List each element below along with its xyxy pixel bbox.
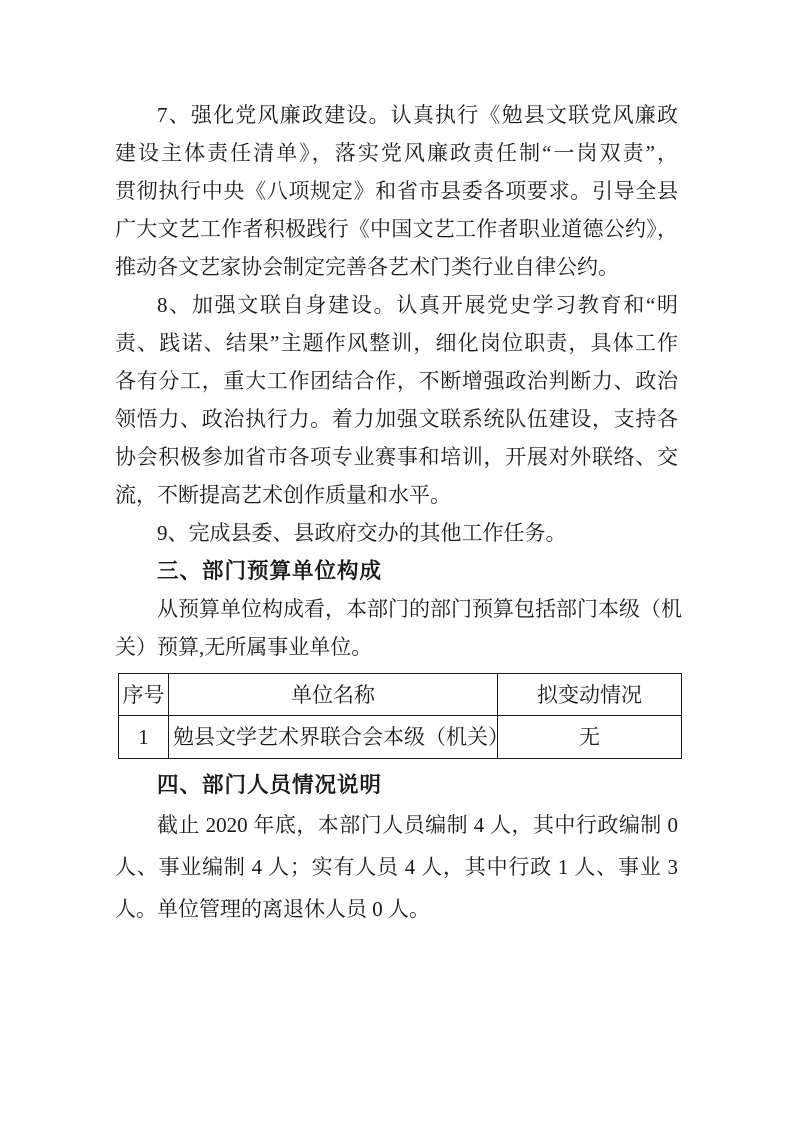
body-line: 各有分工，重大工作团结合作，不断增强政治判断力、政治: [115, 362, 678, 400]
body-line: 推动各文艺家协会制定完善各艺术门类行业自律公约。: [115, 248, 678, 286]
paragraph-budget-composition: 从预算单位构成看，本部门的部门预算包括部门本级（机 关）预算,无所属事业单位。: [115, 590, 678, 666]
body-line: 贯彻执行中央《八项规定》和省市县委各项要求。引导全县: [115, 172, 678, 210]
table-cell-change: 无: [498, 716, 682, 759]
paragraph-8: 8、加强文联自身建设。认真开展党史学习教育和“明 责、践诺、结果”主题作风整训，…: [115, 286, 678, 514]
body-line: 广大文艺工作者积极践行《中国文艺工作者职业道德公约》，: [115, 210, 678, 248]
body-line: 关）预算,无所属事业单位。: [115, 628, 678, 666]
paragraph-personnel: 截止 2020 年底，本部门人员编制 4 人，其中行政编制 0 人、事业编制 4…: [115, 804, 678, 930]
paragraph-9: 9、完成县委、县政府交办的其他工作任务。: [115, 514, 678, 552]
paragraph-7: 7、强化党风廉政建设。认真执行《勉县文联党风廉政 建设主体责任清单》，落实党风廉…: [115, 96, 678, 286]
table-row: 1 勉县文学艺术界联合会本级（机关） 无: [119, 716, 682, 759]
document-page: 7、强化党风廉政建设。认真执行《勉县文联党风廉政 建设主体责任清单》，落实党风廉…: [0, 0, 793, 1122]
body-line: 责、践诺、结果”主题作风整训，细化岗位职责，具体工作: [115, 324, 678, 362]
budget-unit-table: 序号 单位名称 拟变动情况 1 勉县文学艺术界联合会本级（机关） 无: [118, 673, 682, 759]
body-line: 7、强化党风廉政建设。认真执行《勉县文联党风廉政: [115, 96, 678, 134]
body-line: 从预算单位构成看，本部门的部门预算包括部门本级（机: [115, 590, 678, 628]
table-header-serial: 序号: [119, 674, 169, 716]
body-line: 流，不断提高艺术创作质量和水平。: [115, 476, 678, 514]
table-cell-unit-name: 勉县文学艺术界联合会本级（机关）: [169, 716, 498, 759]
body-line: 领悟力、政治执行力。着力加强文联系统队伍建设，支持各: [115, 400, 678, 438]
body-line: 协会积极参加省市各项专业赛事和培训，开展对外联络、交: [115, 438, 678, 476]
body-line: 人。单位管理的离退休人员 0 人。: [115, 888, 678, 930]
body-line: 截止 2020 年底，本部门人员编制 4 人，其中行政编制 0: [115, 804, 678, 846]
table-header-row: 序号 单位名称 拟变动情况: [119, 674, 682, 716]
table-cell-serial: 1: [119, 716, 169, 759]
table-header-unit-name: 单位名称: [169, 674, 498, 716]
body-line: 建设主体责任清单》，落实党风廉政责任制“一岗双责”，: [115, 134, 678, 172]
body-line: 9、完成县委、县政府交办的其他工作任务。: [115, 514, 678, 552]
body-line: 8、加强文联自身建设。认真开展党史学习教育和“明: [115, 286, 678, 324]
document-content: 7、强化党风廉政建设。认真执行《勉县文联党风廉政 建设主体责任清单》，落实党风廉…: [115, 96, 678, 930]
section-3-heading: 三、部门预算单位构成: [115, 552, 678, 590]
body-line: 人、事业编制 4 人；实有人员 4 人，其中行政 1 人、事业 3: [115, 846, 678, 888]
table-header-change: 拟变动情况: [498, 674, 682, 716]
section-4-heading: 四、部门人员情况说明: [115, 766, 678, 804]
